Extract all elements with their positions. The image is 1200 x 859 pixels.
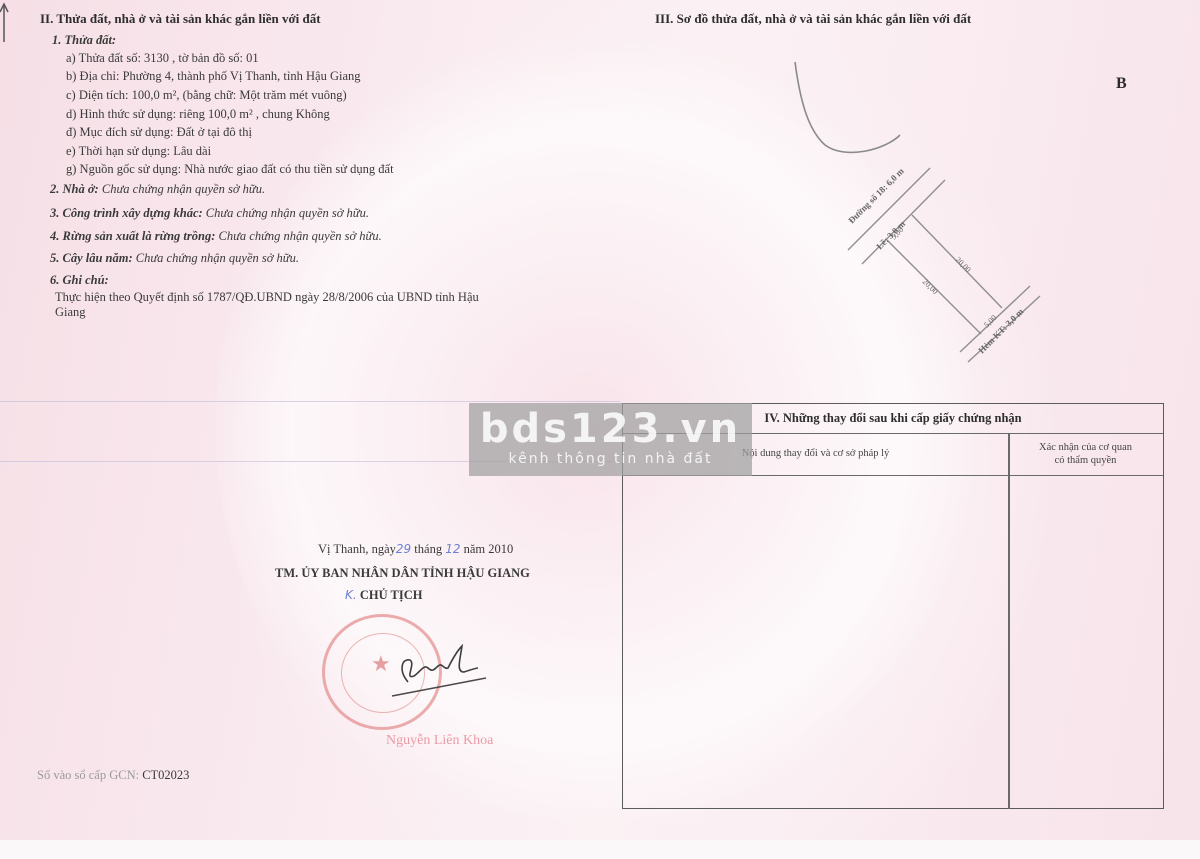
star-icon: ★	[371, 651, 391, 677]
watermark-brand: bds123.vn	[469, 407, 752, 451]
certificate-number-label: Số vào sổ cấp GCN:	[37, 768, 139, 782]
issuing-organization: TM. ỦY BAN NHÂN DÂN TỈNH HẬU GIANG	[275, 565, 530, 581]
usage-term: e) Thời hạn sử dụng: Lâu dài	[66, 143, 211, 159]
issue-date: Vị Thanh, ngày29 tháng 12 năm 2010	[318, 541, 513, 557]
certificate-number-row: Số vào sổ cấp GCN: CT02023	[37, 767, 189, 783]
section-iii-title: III. Sơ đồ thửa đất, nhà ở và tài sản kh…	[655, 11, 971, 27]
perennial-value: Chưa chứng nhận quyền sở hữu.	[136, 251, 299, 265]
notes-heading: 6. Ghi chú:	[50, 272, 109, 288]
notes-line-2: Giang	[55, 304, 86, 320]
other-construction-heading: 3. Công trình xây dựng khác:	[50, 206, 203, 220]
notes-line-1: Thực hiện theo Quyết định số 1787/QĐ.UBN…	[55, 289, 479, 305]
section-ii-title: II. Thửa đất, nhà ở và tài sản khác gắn …	[40, 11, 321, 27]
usage-form: d) Hình thức sử dụng: riêng 100,0 m² , c…	[66, 106, 330, 122]
forest-value: Chưa chứng nhận quyền sở hữu.	[219, 229, 382, 243]
house-heading: 2. Nhà ở:	[50, 182, 99, 196]
page-bottom-margin	[0, 840, 1200, 859]
watermark: bds123.vn kênh thông tin nhà đất	[469, 403, 752, 476]
house-value: Chưa chứng nhận quyền sở hữu.	[102, 182, 265, 196]
forest-heading: 4. Rừng sản xuất là rừng trồng:	[50, 229, 215, 243]
perennial-row: 5. Cây lâu năm: Chưa chứng nhận quyền sở…	[50, 250, 299, 266]
watermark-tagline: kênh thông tin nhà đất	[469, 451, 752, 467]
usage-purpose: đ) Mục đích sử dụng: Đất ở tại đô thị	[66, 124, 252, 140]
date-prefix: Vị Thanh, ngày	[318, 542, 396, 556]
column-divider	[1008, 433, 1010, 809]
date-day: 29	[396, 542, 411, 556]
land-area: c) Diện tích: 100,0 m², (bằng chữ: Một t…	[66, 87, 347, 103]
north-label: B	[1116, 76, 1127, 92]
position-row: K. CHỦ TỊCH	[345, 587, 422, 603]
fold-line	[0, 401, 620, 402]
perennial-heading: 5. Cây lâu năm:	[50, 251, 133, 265]
certificate-number-value: CT02023	[142, 768, 189, 782]
signature-scribble	[390, 640, 500, 700]
forest-row: 4. Rừng sản xuất là rừng trồng: Chưa chứ…	[50, 228, 382, 244]
deputy-mark: K.	[345, 588, 357, 602]
signer-position: CHỦ TỊCH	[360, 588, 423, 602]
month-prefix: tháng	[414, 542, 442, 556]
other-construction-value: Chưa chứng nhận quyền sở hữu.	[206, 206, 369, 220]
land-heading: 1. Thửa đất:	[52, 32, 116, 48]
land-address: b) Địa chỉ: Phường 4, thành phố Vị Thanh…	[66, 68, 361, 84]
signer-name: Nguyễn Liên Khoa	[386, 733, 493, 749]
date-month: 12	[445, 542, 460, 556]
usage-origin: g) Nguồn gốc sử dụng: Nhà nước giao đất …	[66, 161, 394, 177]
date-year: năm 2010	[464, 542, 514, 556]
parcel-number: a) Thửa đất số: 3130 , tờ bản đồ số: 01	[66, 50, 259, 66]
column-header-confirmation: Xác nhận của cơ quan có thẩm quyền	[1008, 433, 1163, 475]
other-construction-row: 3. Công trình xây dựng khác: Chưa chứng …	[50, 205, 369, 221]
house-row: 2. Nhà ở: Chưa chứng nhận quyền sở hữu.	[50, 181, 265, 197]
